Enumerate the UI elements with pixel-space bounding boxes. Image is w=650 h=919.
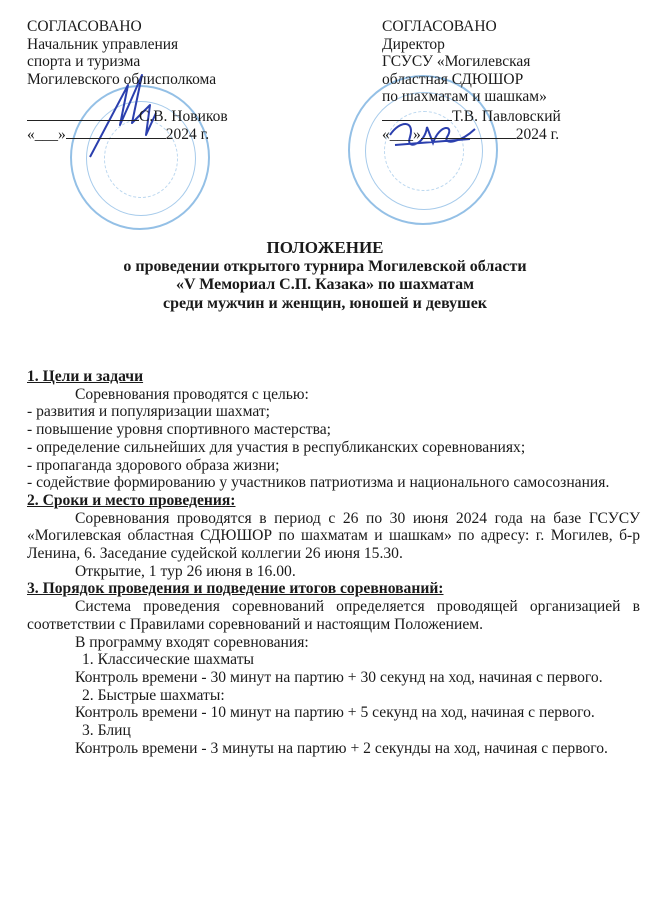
approval-position-line: Начальник управления (27, 36, 228, 54)
approval-position-line: Могилевского облисполкома (27, 71, 228, 89)
dates-paragraph: Соревнования проводятся в период с 26 по… (27, 510, 640, 563)
approval-position-line: по шахматам и шашкам» (382, 88, 561, 106)
goal-item: - пропаганда здорового образа жизни; (27, 457, 640, 475)
approval-position-line: ГСУСУ «Могилевская (382, 53, 561, 71)
document-title: ПОЛОЖЕНИЕ о проведении открытого турнира… (0, 239, 650, 313)
signature-row: Т.В. Павловский (382, 106, 561, 124)
approval-position-line: спорта и туризма (27, 53, 228, 71)
date-row: «___»2024 г. (382, 124, 561, 142)
program-item-control: Контроль времени - 3 минуты на партию + … (27, 740, 640, 758)
signatory-name: Т.В. Павловский (452, 108, 561, 125)
goal-item: - содействие формированию у участников п… (27, 474, 640, 492)
program-intro: В программу входят соревнования: (27, 634, 640, 652)
section-heading-goals: 1. Цели и задачи (27, 368, 640, 386)
document-body: 1. Цели и задачи Соревнования проводятся… (27, 368, 640, 757)
approval-heading: СОГЛАСОВАНО (27, 18, 228, 36)
approval-block-right: СОГЛАСОВАНО Директор ГСУСУ «Могилевская … (382, 18, 561, 141)
date-row: «___»2024 г. (27, 124, 228, 142)
date-year: 2024 г. (516, 126, 559, 143)
section-heading-dates: 2. Сроки и место проведения: (27, 492, 640, 510)
procedure-paragraph: Система проведения соревнований определя… (27, 598, 640, 633)
approval-heading: СОГЛАСОВАНО (382, 18, 561, 36)
program-item-control: Контроль времени - 30 минут на партию + … (27, 669, 640, 687)
signature-line (382, 106, 452, 121)
approval-position-line: областная СДЮШОР (382, 71, 561, 89)
title-main: ПОЛОЖЕНИЕ (0, 239, 650, 258)
goal-item: - повышение уровня спортивного мастерств… (27, 421, 640, 439)
date-year: 2024 г. (166, 126, 209, 143)
approval-block-left: СОГЛАСОВАНО Начальник управления спорта … (27, 18, 228, 141)
section-heading-procedure: 3. Порядок проведения и подведение итого… (27, 580, 640, 598)
date-month-line (66, 124, 166, 139)
program-item-control: Контроль времени - 10 минут на партию + … (27, 704, 640, 722)
approval-position-line: Директор (382, 36, 561, 54)
goal-item: - определение сильнейших для участия в р… (27, 439, 640, 457)
signature-row: С.В. Новиков (27, 106, 228, 124)
title-line: «V Мемориал С.П. Казака» по шахматам (0, 276, 650, 295)
goal-item: - развития и популяризации шахмат; (27, 403, 640, 421)
program-item-label: 3. Блиц (27, 722, 640, 740)
date-day: «___» (27, 126, 66, 143)
signature-line (27, 106, 139, 121)
date-day: «___» (382, 126, 421, 143)
program-item-label: 1. Классические шахматы (27, 651, 640, 669)
date-month-line (421, 124, 516, 139)
section-intro: Соревнования проводятся с целью: (27, 386, 640, 404)
title-line: среди мужчин и женщин, юношей и девушек (0, 295, 650, 314)
program-item-label: 2. Быстрые шахматы: (27, 687, 640, 705)
signatory-name: С.В. Новиков (139, 108, 228, 125)
title-line: о проведении открытого турнира Могилевск… (0, 258, 650, 277)
opening-paragraph: Открытие, 1 тур 26 июня в 16.00. (27, 563, 640, 581)
